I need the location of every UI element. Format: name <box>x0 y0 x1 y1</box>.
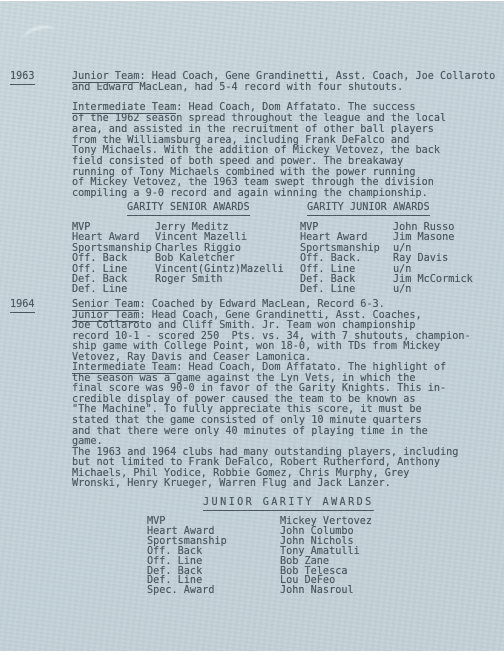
junior-garity-awards-title: JUNIOR GARITY AWARDS <box>203 498 374 511</box>
paragraph-1963-junior-team: Junior Team: Head Coach, Gene Grandinett… <box>72 72 504 93</box>
senior-team-text: : Coached by Edward MacLean, Record 6-3. <box>139 299 384 310</box>
junior-awards-title: GARITY JUNIOR AWARDS <box>307 203 430 216</box>
paragraph-1963-intermediate-team: Intermediate Team: Head Coach, Dom Affat… <box>72 103 504 199</box>
table-row: Def. Lineu/n <box>300 285 473 295</box>
year-label-1964: 1964 <box>10 300 35 313</box>
document-page: 1963 Junior Team: Head Coach, Gene Grand… <box>0 1 504 651</box>
junior-garity-awards-table: MVPMickey Vertovez Heart AwardJohn Colum… <box>147 517 372 596</box>
table-row: Def. Line <box>72 285 284 295</box>
award-winner: Roger Smith <box>155 274 222 285</box>
paper-crease-mark <box>20 23 57 49</box>
year-label-1963: 1963 <box>10 72 35 85</box>
paragraph-outstanding-players: The 1963 and 1964 clubs had many outstan… <box>72 448 504 490</box>
paragraph-1964-intermediate-team: Intermediate Team: Head Coach, Dom Affat… <box>72 363 504 447</box>
award-winner: Jim Masone <box>393 232 454 243</box>
award-winner: u/n <box>393 284 411 295</box>
award-winner: Vincent Mazelli <box>155 232 247 243</box>
senior-awards-title: GARITY SENIOR AWARDS <box>127 203 250 216</box>
award-winner: Bob Kaletcher <box>155 253 235 264</box>
award-winner: Ray Davis <box>393 253 448 264</box>
junior-awards-table: MVPJohn Russo Heart AwardJim Masone Spor… <box>300 223 473 296</box>
senior-awards-table: MVPJerry Meditz Heart AwardVincent Mazel… <box>72 223 284 296</box>
paragraph-1964-junior-team: Junior Team: Head Coach, Gene Grandinett… <box>72 311 504 364</box>
section-1963: Junior Team: Head Coach, Gene Grandinett… <box>72 72 504 200</box>
award-winner: John Nasroul <box>280 585 354 596</box>
award-winner: u/n <box>393 264 411 275</box>
table-row: Spec. AwardJohn Nasroul <box>147 586 372 596</box>
award-winner: Vincent(Gintz)Mazelli <box>155 264 284 275</box>
award-category: Def. Line <box>300 285 393 295</box>
outstanding-players-text: The 1963 and 1964 clubs had many outstan… <box>72 447 458 490</box>
intermediate-team-text: : Head Coach, Dom Affatato. The success … <box>72 102 446 199</box>
section-1964: Senior Team: Coached by Edward MacLean, … <box>72 300 504 490</box>
award-category: Def. Line <box>72 285 155 295</box>
award-category: Spec. Award <box>147 586 280 596</box>
intermediate-team-text: : Head Coach, Dom Affatato. The highligh… <box>72 362 446 447</box>
